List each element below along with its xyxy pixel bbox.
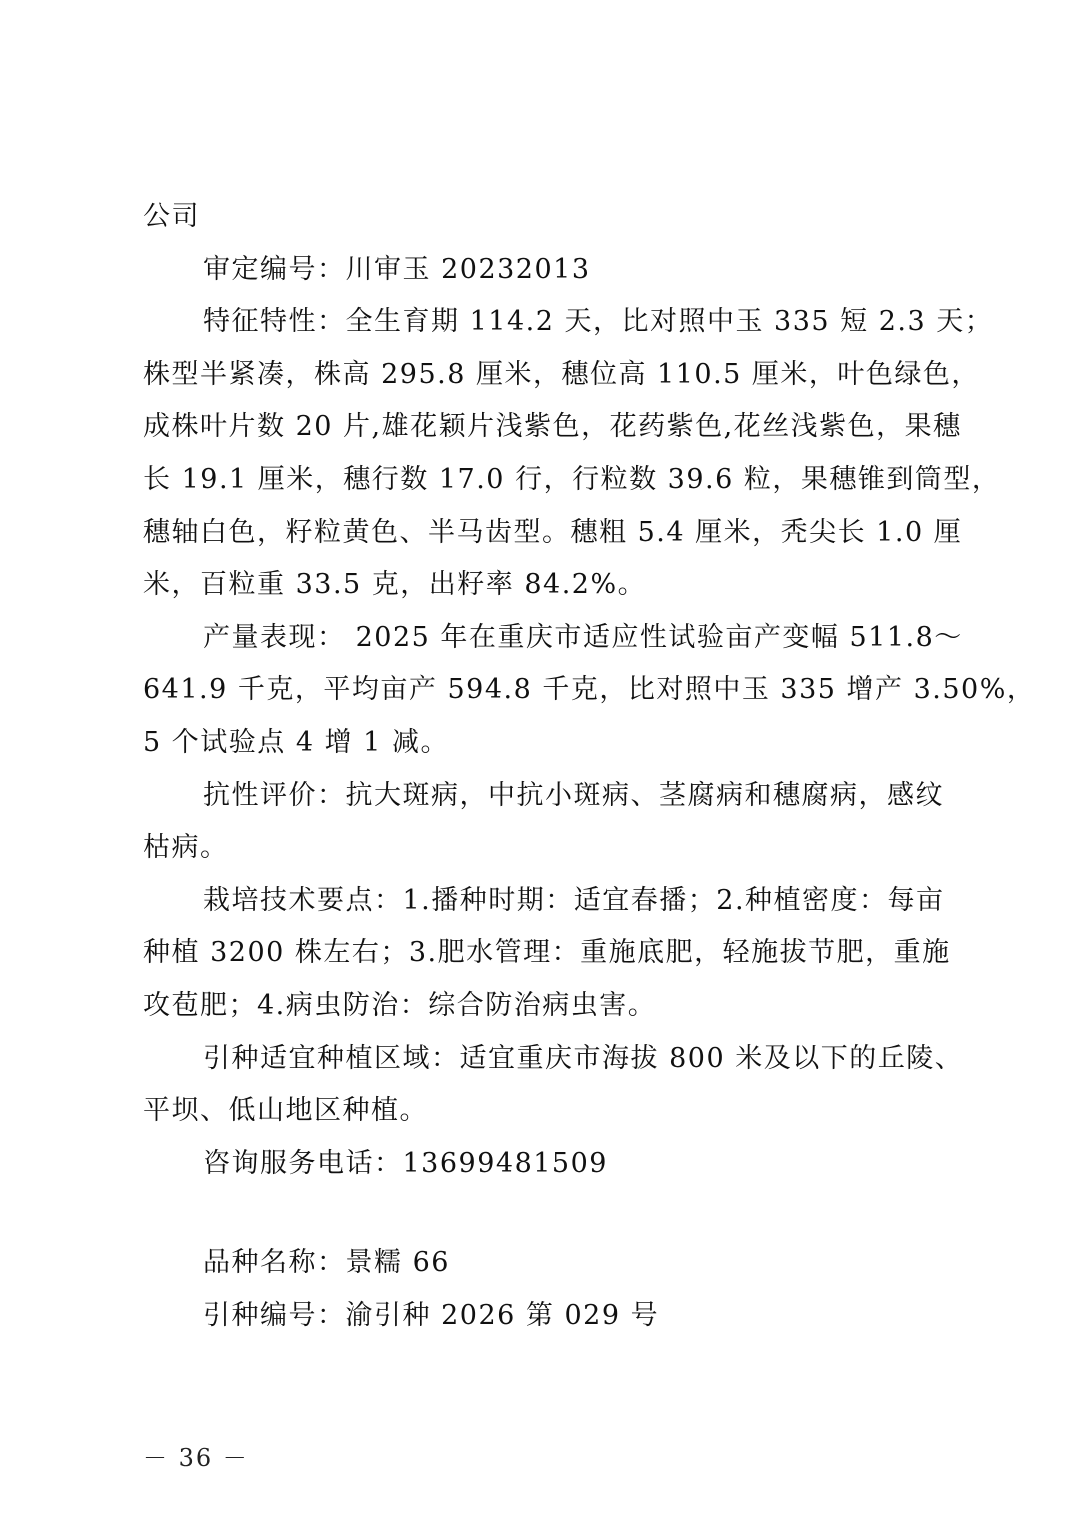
paragraph-line: 特征特性：全生育期 114.2 天，比对照中玉 335 短 2.3 天；: [143, 296, 943, 349]
section-gap: [143, 1190, 943, 1237]
cultivation-paragraph: 栽培技术要点：1.播种时期：适宜春播；2.种植密度：每亩 种植 3200 株左右…: [143, 875, 943, 1033]
paragraph-line: 641.9 千克，平均亩产 594.8 千克，比对照中玉 335 增产 3.50…: [143, 664, 943, 717]
intro-number: 引种编号：渝引种 2026 第 029 号: [143, 1290, 943, 1343]
paragraph-line: 长 19.1 厘米，穗行数 17.0 行，行粒数 39.6 粒，果穗锥到筒型，: [143, 454, 943, 507]
paragraph-line: 栽培技术要点：1.播种时期：适宜春播；2.种植密度：每亩: [143, 875, 943, 928]
paragraph-line: 引种适宜种植区域：适宜重庆市海拔 800 米及以下的丘陵、: [143, 1033, 943, 1086]
paragraph-line: 平坝、低山地区种植。: [143, 1085, 943, 1138]
region-paragraph: 引种适宜种植区域：适宜重庆市海拔 800 米及以下的丘陵、 平坝、低山地区种植。: [143, 1033, 943, 1138]
resistance-paragraph: 抗性评价：抗大斑病，中抗小斑病、茎腐病和穗腐病，感纹 枯病。: [143, 770, 943, 875]
paragraph-line: 产量表现： 2025 年在重庆市适应性试验亩产变幅 511.8～: [143, 612, 943, 665]
document-page: 公司 审定编号：川审玉 20232013 特征特性：全生育期 114.2 天，比…: [0, 0, 1074, 1520]
characteristics-paragraph: 特征特性：全生育期 114.2 天，比对照中玉 335 短 2.3 天； 株型半…: [143, 296, 943, 612]
document-body: 公司 审定编号：川审玉 20232013 特征特性：全生育期 114.2 天，比…: [143, 191, 943, 1342]
paragraph-line: 抗性评价：抗大斑病，中抗小斑病、茎腐病和穗腐病，感纹: [143, 770, 943, 823]
paragraph-line: 米，百粒重 33.5 克，出籽率 84.2%。: [143, 559, 943, 612]
paragraph-line: 5 个试验点 4 增 1 减。: [143, 717, 943, 770]
hotline: 咨询服务电话：13699481509: [143, 1138, 943, 1191]
yield-paragraph: 产量表现： 2025 年在重庆市适应性试验亩产变幅 511.8～ 641.9 千…: [143, 612, 943, 770]
paragraph-line: 种植 3200 株左右；3.肥水管理：重施底肥，轻施拔节肥，重施: [143, 927, 943, 980]
variety-name: 品种名称：景糯 66: [143, 1237, 943, 1290]
page-number: － 36 －: [143, 1440, 249, 1476]
paragraph-line: 穗轴白色，籽粒黄色、半马齿型。穗粗 5.4 厘米，秃尖长 1.0 厘: [143, 507, 943, 560]
paragraph-line: 攻苞肥；4.病虫防治：综合防治病虫害。: [143, 980, 943, 1033]
paragraph-line: 株型半紧凑，株高 295.8 厘米，穗位高 110.5 厘米，叶色绿色，: [143, 349, 943, 402]
paragraph-line: 枯病。: [143, 822, 943, 875]
approval-number: 审定编号：川审玉 20232013: [143, 244, 943, 297]
paragraph-line: 成株叶片数 20 片,雄花颖片浅紫色，花药紫色,花丝浅紫色，果穗: [143, 401, 943, 454]
continuation-line: 公司: [143, 191, 943, 244]
